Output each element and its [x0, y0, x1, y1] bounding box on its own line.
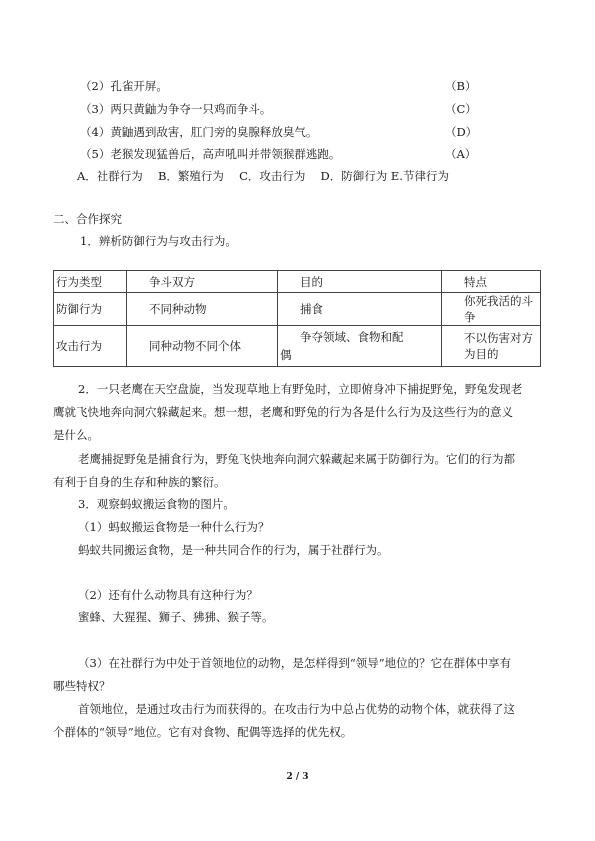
table-row: 攻击行为 同种动物不同个体 争夺领域、食物和配 偶 不以伤害对方为目的 — [54, 326, 541, 367]
table-header-cell: 行为类型 — [54, 271, 127, 293]
table-cell: 你死我活的斗争 — [442, 293, 541, 326]
question-1-title: 1．辨析防御行为与攻击行为。 — [80, 233, 237, 249]
answer-line: 老鹰捕捉野兔是捕食行为，野兔飞快地奔向洞穴躲藏起来属于防御行为。它们的行为都 — [78, 451, 515, 467]
sub-question-1: （1）蚂蚁搬运食物是一种什么行为？ — [78, 519, 269, 535]
answer-line: 有利于自身的生存和种族的繁衍。 — [53, 474, 226, 490]
question-text: （4）黄鼬遇到敌害，肛门旁的臭腺释放臭气。 — [80, 124, 317, 140]
question-answer: （A） — [445, 146, 476, 162]
question-text: （3）两只黄鼬为争夺一只鸡而争斗。 — [80, 101, 271, 117]
table-row: 防御行为 不同种动物 捕食 你死我活的斗争 — [54, 293, 541, 326]
question-answer: （D） — [445, 124, 477, 140]
question-line: 是什么。 — [53, 427, 99, 443]
answer-options: A．社群行为 B．繁殖行为 C．攻击行为 D．防御行为 E.节律行为 — [77, 168, 449, 184]
table-cell: 攻击行为 — [54, 326, 127, 367]
sub-answer-3: 首领地位，是通过攻击行为而获得的。在攻击行为中总占优势的动物个体，就获得了这 — [78, 701, 515, 717]
table-cell-line: 偶 — [280, 346, 439, 364]
table-header-cell: 特点 — [442, 271, 541, 293]
sub-question-3: （3）在社群行为中处于首领地位的动物，是怎样得到“领导”地位的？它在群体中享有 — [78, 655, 511, 671]
question-answer: （B） — [445, 78, 476, 94]
table-cell: 不以伤害对方为目的 — [442, 326, 541, 367]
table-cell: 同种动物不同个体 — [127, 326, 278, 367]
question-line: 2．一只老鹰在天空盘旋，当发现草地上有野兔时，立即俯身冲下捕捉野兔，野兔发现老 — [78, 381, 522, 397]
table-header-cell: 目的 — [278, 271, 442, 293]
table-cell-line: 争夺领域、食物和配 — [280, 328, 439, 346]
table-cell: 争夺领域、食物和配 偶 — [278, 326, 442, 367]
table-header-cell: 争斗双方 — [127, 271, 278, 293]
page-number: 2 / 3 — [0, 772, 595, 782]
sub-answer-3: 个群体的“领导”地位。它有对食物、配偶等选择的优先权。 — [53, 724, 352, 740]
question-line: 鹰就飞快地奔向洞穴躲藏起来。想一想，老鹰和野兔的行为各是什么行为及这些行为的意义 — [53, 404, 513, 420]
question-3-title: 3．观察蚂蚁搬运食物的图片。 — [78, 496, 235, 512]
question-text: （5）老猴发现猛兽后，高声吼叫并带领猴群逃跑。 — [80, 146, 340, 162]
table-header-row: 行为类型 争斗双方 目的 特点 — [54, 271, 541, 293]
question-text: （2）孔雀开屏。 — [80, 78, 168, 94]
sub-answer-1: 蚂蚁共同搬运食物，是一种共同合作的行为，属于社群行为。 — [78, 542, 389, 558]
section-title: 二、合作探究 — [53, 211, 122, 227]
question-answer: （C） — [445, 101, 477, 117]
sub-question-3: 哪些特权？ — [53, 678, 111, 694]
sub-question-2: （2）还有什么动物具有这种行为？ — [78, 587, 258, 603]
table-cell: 不同种动物 — [127, 293, 278, 326]
behavior-comparison-table: 行为类型 争斗双方 目的 特点 防御行为 不同种动物 捕食 你死我活的斗争 攻击… — [53, 270, 541, 367]
table-cell: 防御行为 — [54, 293, 127, 326]
table-cell: 捕食 — [278, 293, 442, 326]
sub-answer-2: 蜜蜂、大猩猩、狮子、狒狒、猴子等。 — [78, 609, 274, 625]
